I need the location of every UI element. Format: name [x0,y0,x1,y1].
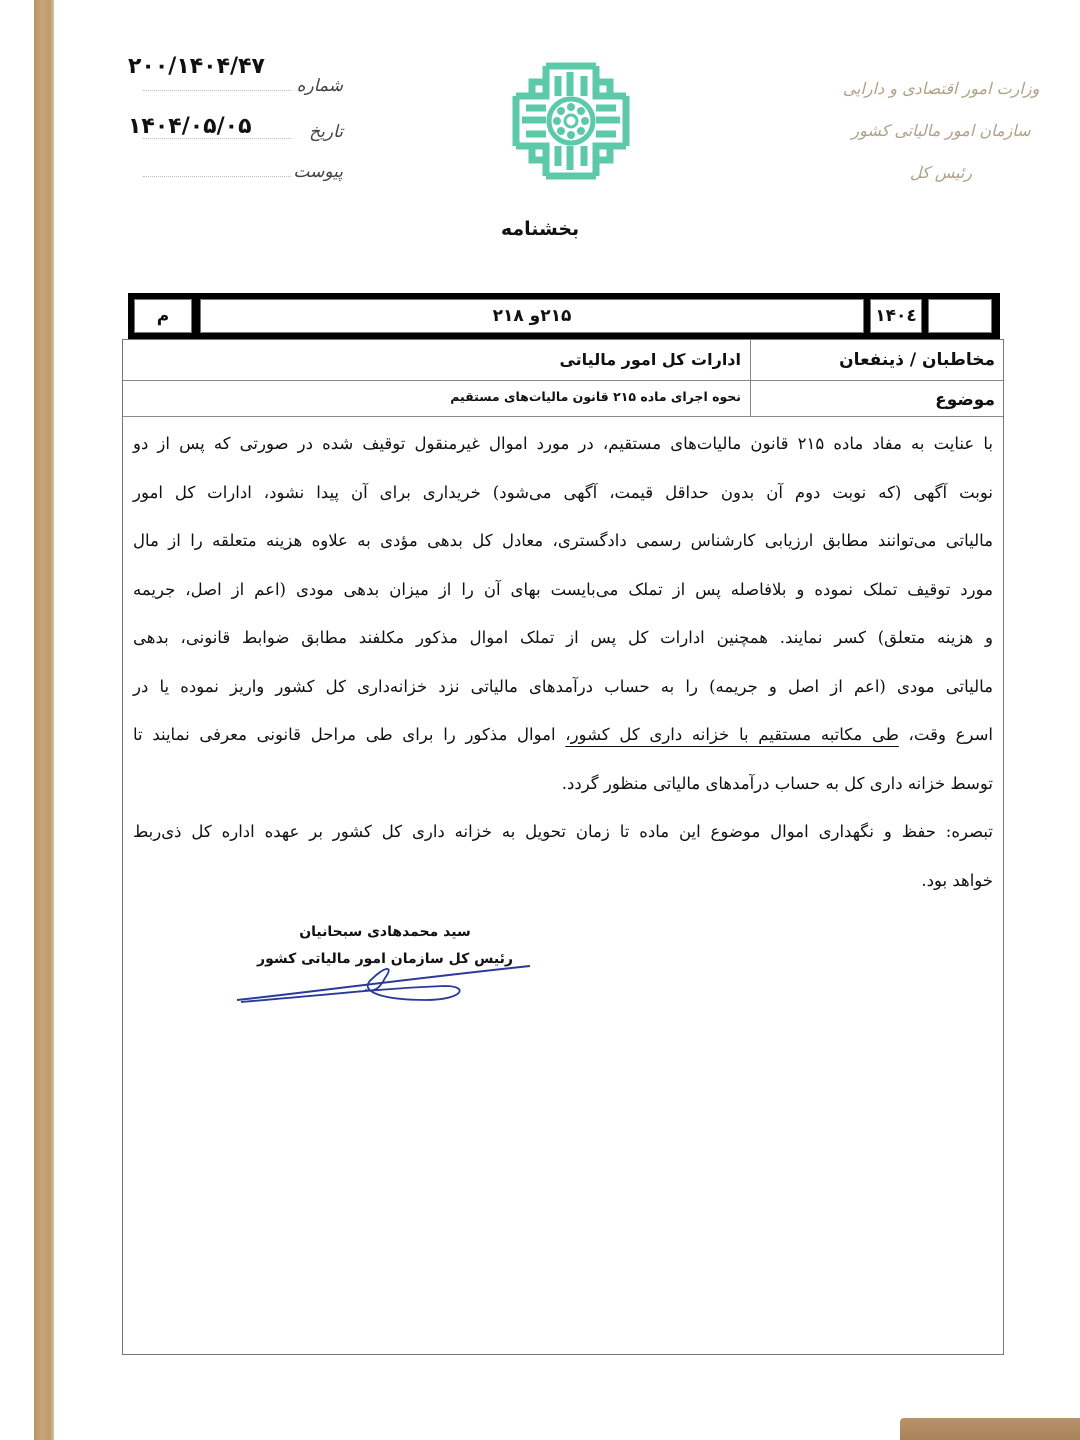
subject-row: موضوع نحوه اجرای ماده ۲۱۵ قانون مالیات‌ه… [123,380,1003,417]
row-divider [750,340,751,380]
body-line: اسرع وقت، طی مکاتبه مستقیم با خزانه داری… [133,711,993,760]
signature-icon [235,948,535,1008]
ministry-line-1: وزارت امور اقتصادی و دارایی [836,68,1046,110]
document-title: بخشنامه [0,218,1080,240]
recipients-value: ادارات کل امور مالیاتی [559,350,741,369]
body-line: نوبت آگهی (که نوبت دوم آن بدون حداقل قیم… [133,469,993,518]
subject-label: موضوع [935,390,995,410]
ministry-line-3: رئیس کل [836,152,1046,194]
signature-block: سید محمدهادی سبحانیان رئیس کل سازمان امو… [235,918,535,1018]
note-line: تبصره: حفظ و نگهداری اموال موضوع این ماد… [133,808,993,857]
letter-date: ۱۴۰۴/۰۵/۰۵ [128,114,252,139]
letter-meta: ۲۰۰/۱۴۰۴/۴۷ شماره ۱۴۰۴/۰۵/۰۵ تاریخ پیوست [128,52,343,192]
empty-cell [928,299,992,333]
classification-box: م ۲۱۵و ۲۱۸ ۱۴۰٤ [128,293,1000,339]
date-line [143,138,291,139]
ministry-header: وزارت امور اقتصادی و دارایی سازمان امور … [836,68,1046,194]
ministry-line-2: سازمان امور مالیاتی کشور [836,110,1046,152]
wood-edge [34,0,54,1440]
attachment-label: پیوست [293,162,343,182]
body-text: اموال مذکور را برای طی مراحل قانونی معرف… [133,725,565,744]
articles-cell: ۲۱۵و ۲۱۸ [200,299,864,333]
recipients-row: مخاطبان / ذینفعان ادارات کل امور مالیاتی [123,340,1003,381]
subject-value: نحوه اجرای ماده ۲۱۵ قانون مالیات‌های مست… [450,389,741,404]
body-line: مالیاتی مودی (اعم از اصل و جریمه) را به … [133,663,993,712]
underlined-phrase: طی مکاتبه مستقیم با خزانه داری کل کشور، [565,725,899,744]
wood-corner [900,1418,1080,1440]
circular-body: با عنایت به مفاد ماده ۲۱۵ قانون مالیات‌ه… [133,420,993,905]
note-line: خواهد بود. [133,857,993,906]
circular-table: مخاطبان / ذینفعان ادارات کل امور مالیاتی… [122,339,1004,1355]
body-line: با عنایت به مفاد ماده ۲۱۵ قانون مالیات‌ه… [133,420,993,469]
body-line: توسط خزانه داری کل به حساب درآمدهای مالی… [133,760,993,809]
year-cell: ۱۴۰٤ [870,299,922,333]
attachment-line [143,176,291,177]
number-label: شماره [297,76,343,96]
date-label: تاریخ [309,122,343,142]
row-divider [750,380,751,416]
body-text: اسرع وقت، [899,725,993,744]
code-cell: م [134,299,192,333]
tax-organization-emblem-icon [512,62,630,180]
number-line [143,90,291,91]
body-line: مالیاتی می‌توانند مطابق ارزیابی کارشناس … [133,517,993,566]
body-line: و هزینه متعلق) کسر نمایند. همچنین ادارات… [133,614,993,663]
letter-number: ۲۰۰/۱۴۰۴/۴۷ [128,54,265,79]
signer-name: سید محمدهادی سبحانیان [235,918,535,946]
body-line: مورد توقیف تملک نموده و بلافاصله پس از ت… [133,566,993,615]
faint-footer-text [200,1428,720,1436]
recipients-label: مخاطبان / ذینفعان [839,350,995,370]
